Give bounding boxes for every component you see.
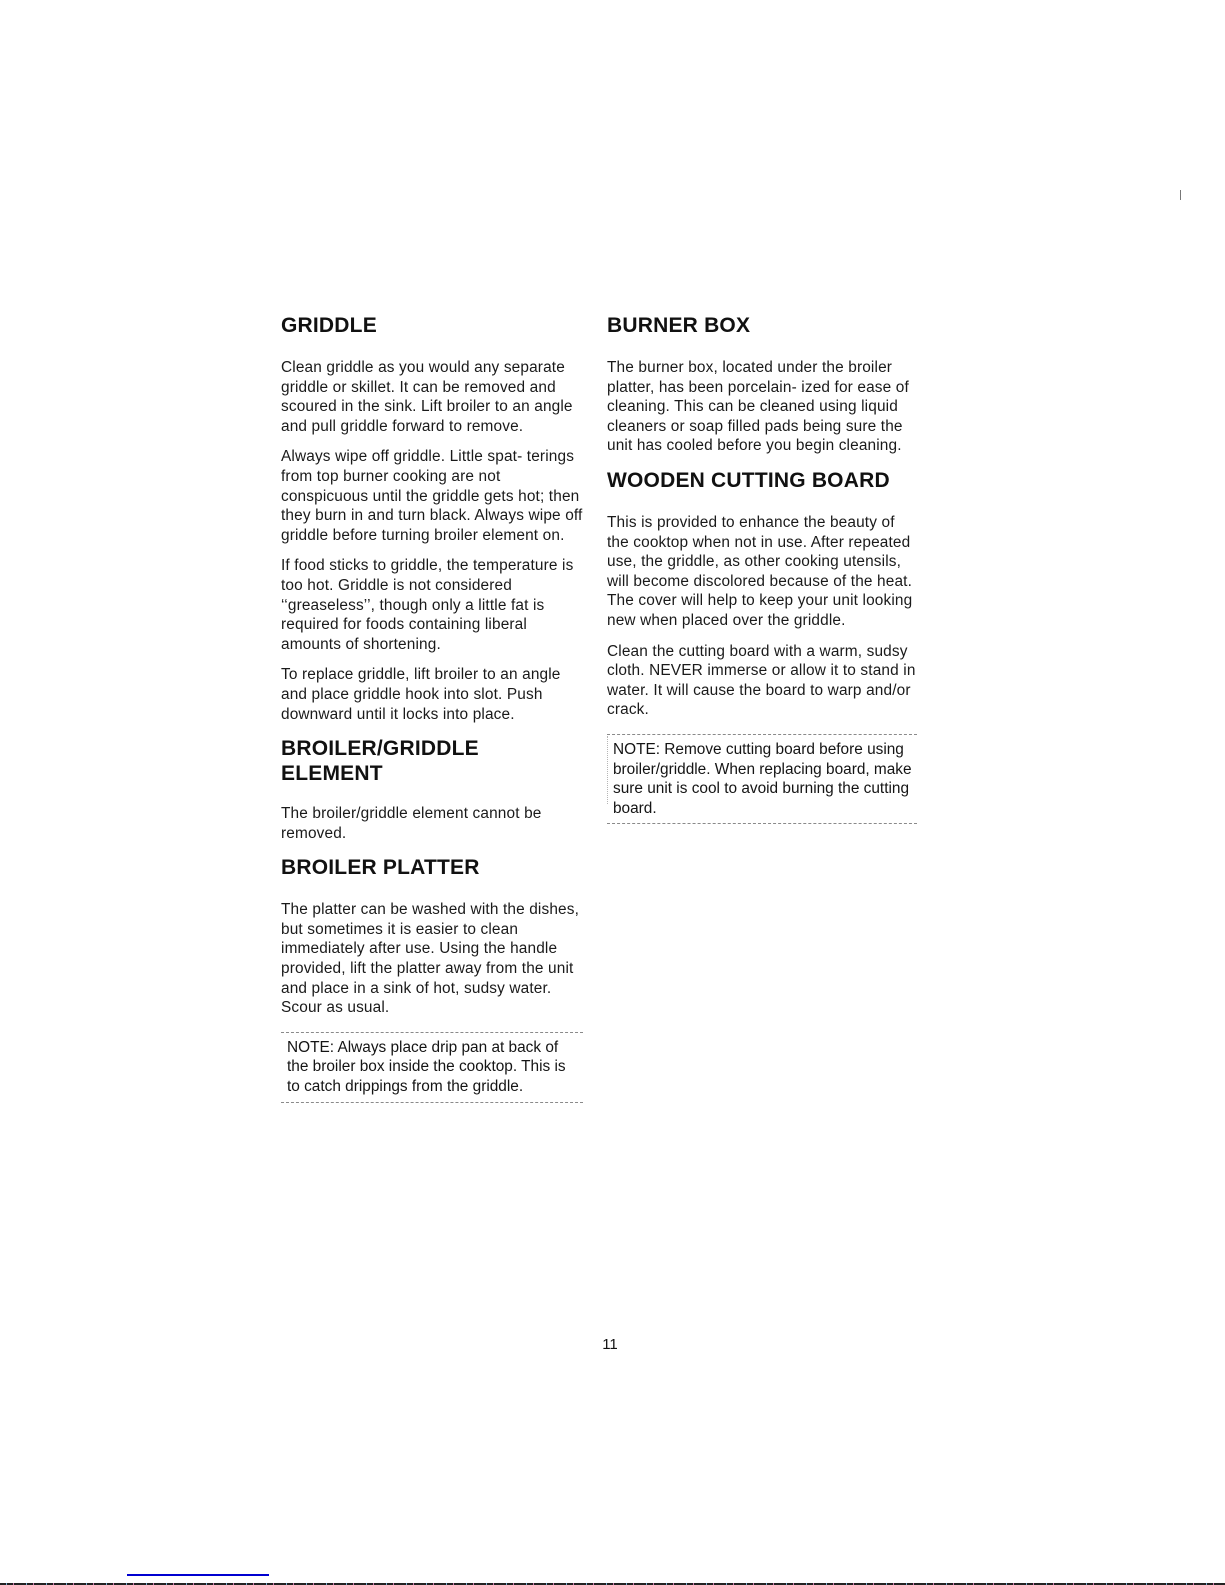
griddle-paragraph-1: Clean griddle as you would any separate … [281, 358, 591, 436]
burner-box-paragraph: The burner box, located under the broile… [607, 358, 917, 456]
note-bottom-rule [281, 1102, 583, 1103]
note-top-rule [607, 734, 917, 735]
left-column: GRIDDLE Clean griddle as you would any s… [281, 313, 591, 1103]
griddle-paragraph-3: If food sticks to griddle, the temperatu… [281, 556, 591, 654]
note-drip-pan-text: NOTE: Always place drip pan at back of t… [287, 1039, 566, 1095]
note-left-rule [607, 736, 608, 804]
griddle-paragraph-4: To replace griddle, lift broiler to an a… [281, 665, 591, 724]
cutting-board-paragraph-1: This is provided to enhance the beauty o… [607, 513, 917, 631]
section-heading-broiler-platter: BROILER PLATTER [281, 855, 591, 880]
section-heading-griddle: GRIDDLE [281, 313, 591, 338]
note-top-rule [281, 1032, 583, 1033]
note-drip-pan: NOTE: Always place drip pan at back of t… [281, 1032, 583, 1103]
right-column: BURNER BOX The burner box, located under… [607, 313, 917, 824]
scan-artifact-mark [1180, 190, 1181, 200]
broiler-platter-paragraph: The platter can be washed with the dishe… [281, 900, 591, 1018]
page-number: 11 [590, 1336, 630, 1353]
broiler-griddle-element-paragraph: The broiler/griddle element cannot be re… [281, 804, 591, 843]
section-heading-broiler-griddle-element: BROILER/GRIDDLE ELEMENT [281, 736, 511, 786]
note-bottom-rule [607, 823, 917, 824]
cutting-board-paragraph-2: Clean the cutting board with a warm, sud… [607, 642, 917, 720]
blue-underline-mark [127, 1574, 269, 1576]
griddle-paragraph-2: Always wipe off griddle. Little spat- te… [281, 447, 591, 545]
note-cutting-board-text: NOTE: Remove cutting board before using … [613, 741, 912, 817]
note-cutting-board: NOTE: Remove cutting board before using … [607, 734, 917, 824]
section-heading-burner-box: BURNER BOX [607, 313, 917, 338]
section-heading-wooden-cutting-board: WOODEN CUTTING BOARD [607, 468, 927, 493]
